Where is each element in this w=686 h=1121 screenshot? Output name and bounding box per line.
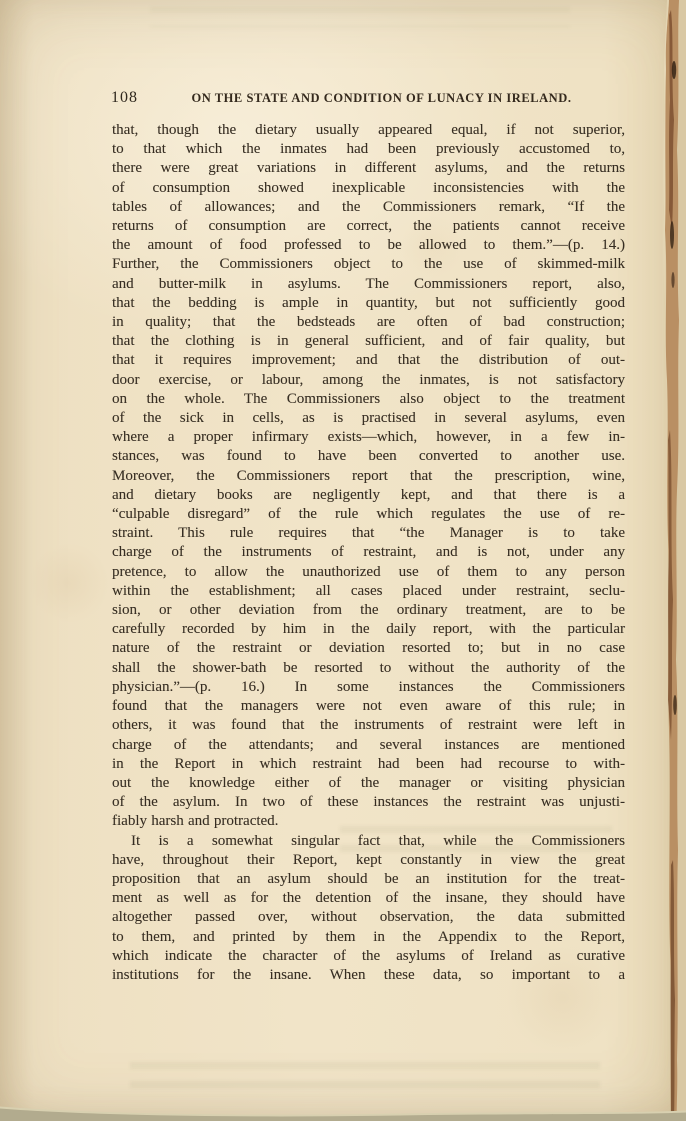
text-line: ment as well as for the detention of the…: [112, 889, 625, 908]
text-line: and butter-milk in asylums. The Commissi…: [112, 275, 625, 294]
text-line: in quality; that the bedsteads are often…: [112, 313, 625, 332]
text-line: found that the managers were not even aw…: [112, 697, 625, 716]
text-line: on the whole. The Commissioners also obj…: [112, 390, 625, 409]
text-line: that it requires improvement; and that t…: [112, 351, 625, 370]
page-text: that, though the dietary usually appeare…: [112, 121, 625, 985]
running-title: ON THE STATE AND CONDITION OF LUNACY IN …: [138, 91, 625, 106]
text-line: of the asylum. In two of these instances…: [112, 793, 625, 812]
text-line: physician.”—(p. 16.) In some instances t…: [112, 678, 625, 697]
text-line: charge of the attendants; and several in…: [112, 736, 625, 755]
text-line: tables of allowances; and the Commission…: [112, 198, 625, 217]
text-line: carefully recorded by him in the daily r…: [112, 620, 625, 639]
text-line: have, throughout their Report, kept cons…: [112, 851, 625, 870]
text-line: “culpable disregard” of the rule which r…: [112, 505, 625, 524]
text-line: of consumption showed inexplicable incon…: [112, 179, 625, 198]
text-line: institutions for the insane. When these …: [112, 966, 625, 985]
text-line: and dietary books are negligently kept, …: [112, 486, 625, 505]
running-head: 108 ON THE STATE AND CONDITION OF LUNACY…: [111, 89, 625, 107]
paragraph: It is a somewhat singular fact that, whi…: [112, 832, 625, 986]
text-line: altogether passed over, without observat…: [112, 908, 625, 927]
text-line: straint. This rule requires that “the Ma…: [112, 524, 625, 543]
book-page: 108 ON THE STATE AND CONDITION OF LUNACY…: [0, 0, 686, 1121]
text-line: in the Report in which restraint had bee…: [112, 755, 625, 774]
text-line: to them, and printed by them in the Appe…: [112, 928, 625, 947]
text-line: charge of the instruments of restraint, …: [112, 543, 625, 562]
bleedthrough-ghost: [130, 1062, 600, 1090]
text-line: within the establishment; all cases plac…: [112, 582, 625, 601]
text-line: Moreover, the Commissioners report that …: [112, 467, 625, 486]
text-line: to that which the inmates had been previ…: [112, 140, 625, 159]
page-number: 108: [111, 89, 138, 107]
text-line: stances, was found to have been converte…: [112, 447, 625, 466]
text-line: nature of the restraint or deviation res…: [112, 639, 625, 658]
text-line: shall the shower-bath be resorted to wit…: [112, 659, 625, 678]
text-line: where a proper infirmary exists—which, h…: [112, 428, 625, 447]
text-line: proposition that an asylum should be an …: [112, 870, 625, 889]
paragraph: that, though the dietary usually appeare…: [112, 121, 625, 832]
text-line: out the knowledge either of the manager …: [112, 774, 625, 793]
bottom-page-edge: [0, 1101, 686, 1121]
text-line: that the clothing is in general sufficie…: [112, 332, 625, 351]
text-line: sion, or other deviation from the ordina…: [112, 601, 625, 620]
bleedthrough-ghost: [150, 6, 570, 28]
text-line: others, it was found that the instrument…: [112, 716, 625, 735]
text-line: there were great variations in different…: [112, 159, 625, 178]
text-line: that, though the dietary usually appeare…: [112, 121, 625, 140]
text-line: that the bedding is ample in quantity, b…: [112, 294, 625, 313]
text-line: fiably harsh and protracted.: [112, 812, 625, 831]
text-line: of the sick in cells, as is practised in…: [112, 409, 625, 428]
text-line: Further, the Commissioners object to the…: [112, 255, 625, 274]
text-line: It is a somewhat singular fact that, whi…: [112, 832, 625, 851]
text-line: door exercise, or labour, among the inma…: [112, 371, 625, 390]
text-line: which indicate the character of the asyl…: [112, 947, 625, 966]
text-line: pretence, to allow the unauthorized use …: [112, 563, 625, 582]
torn-edge-decoration: [642, 0, 686, 1121]
text-line: returns of consumption are correct, the …: [112, 217, 625, 236]
text-line: the amount of food professed to be allow…: [112, 236, 625, 255]
